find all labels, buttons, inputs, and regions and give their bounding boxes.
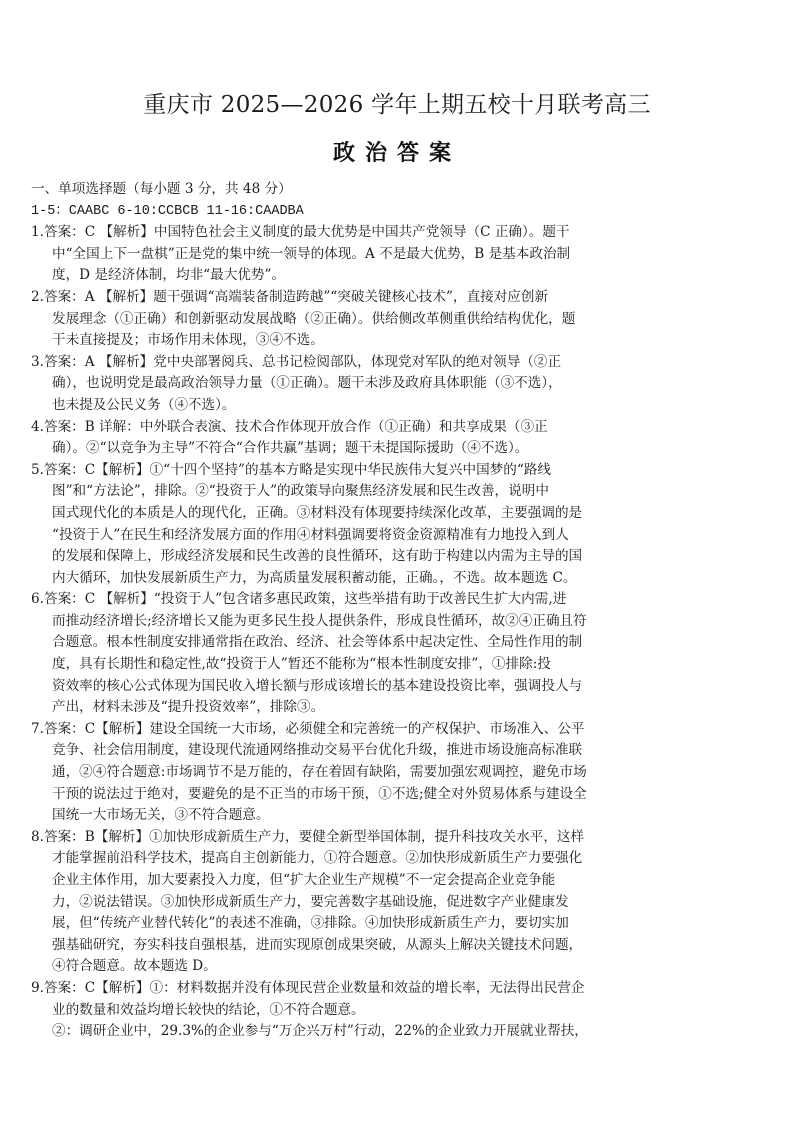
- answer-body: 一、单项选择题（每小题 3 分，共 48 分） 1-5：CAABC 6-10:C…: [31, 179, 731, 1043]
- answer-item-3: 3.答案：A 【解析】党中央部署阅兵、总书记检阅部队，体现党对军队的绝对领导（②…: [31, 352, 731, 417]
- answer-line: 的发展和保障上，形成经济发展和民生改善的良性循环，这有助于构建以内需为主导的国: [31, 546, 731, 568]
- answer-line: 2.答案：A 【解析】题干强调“高端装备制造跨越”“突破关键核心技术”，直接对应…: [31, 287, 731, 309]
- answer-line: 内大循环，加快发展新质生产力，为高质量发展积蓄动能，正确。，不选。故本题选 C。: [31, 568, 731, 590]
- answer-line: 中“全国上下一盘棋”正是党的集中统一领导的体现。A 不是最大优势，B 是基本政治…: [31, 244, 731, 266]
- answer-line: 展，但“传统产业替代转化”的表述不准确，③排除。④加快形成新质生产力，要切实加: [31, 913, 731, 935]
- answer-line: ②：调研企业中，29.3%的企业参与“万企兴万村”行动，22%的企业致力开展就业…: [31, 1021, 731, 1043]
- answer-line: 9.答案：C【解析】①：材料数据并没有体现民营企业数量和效益的增长率，无法得出民…: [31, 978, 731, 1000]
- answer-line: 确），也说明党是最高政治领导力量（①正确）。题干未涉及政府具体职能（③不选），: [31, 373, 731, 395]
- answer-line: 通，②④符合题意:市场调节不是万能的，存在着固有缺陷，需要加强宏观调控，避免市场: [31, 762, 731, 784]
- answer-line: “投资于人”在民生和经济发展方面的作用④材料强调要将资金资源精准有力地投入到人: [31, 525, 731, 547]
- answer-line: 力，②说法错误。③加快形成新质生产力，要完善数字基础设施，促进数字产业健康发: [31, 892, 731, 914]
- answer-item-6: 6.答案：C 【解析】“投资于人”包含诸多惠民政策，这些举措有助于改善民生扩大内…: [31, 589, 731, 719]
- answer-item-9: 9.答案：C【解析】①：材料数据并没有体现民营企业数量和效益的增长率，无法得出民…: [31, 978, 731, 1043]
- answer-line: 才能掌握前沿科学技术，提高自主创新能力，①符合题意。②加快形成新质生产力要强化: [31, 848, 731, 870]
- answer-line: 5.答案：C【解析】①“十四个坚持”的基本方略是实现中华民族伟大复兴中国梦的“路…: [31, 460, 731, 482]
- answer-line: 强基础研究，夯实科技自强根基，进而实现原创成果突破，从源头上解决关键技术问题，: [31, 935, 731, 957]
- answer-line: 4.答案：B 详解：中外联合表演、技术合作体现开放合作（①正确）和共享成果（③正: [31, 417, 731, 439]
- answer-list: 1.答案：C 【解析】中国特色社会主义制度的最大优势是中国共产党领导（C 正确）…: [31, 222, 731, 1043]
- answer-line: 产出，材料未涉及“提升投资效率”，排除③。: [31, 697, 731, 719]
- answer-line: 业的数量和效益均增长较快的结论，①不符合题意。: [31, 1000, 731, 1022]
- answer-item-1: 1.答案：C 【解析】中国特色社会主义制度的最大优势是中国共产党领导（C 正确）…: [31, 222, 731, 287]
- answer-line: 也未提及公民义务（④不选）。: [31, 395, 731, 417]
- section-heading: 一、单项选择题（每小题 3 分，共 48 分）: [31, 179, 731, 201]
- answer-line: 7.答案：C【解析】建设全国统一大市场，必须健全和完善统一的产权保护、市场准入、…: [31, 719, 731, 741]
- answer-line: 3.答案：A 【解析】党中央部署阅兵、总书记检阅部队，体现党对军队的绝对领导（②…: [31, 352, 731, 374]
- answer-line: 8.答案：B【解析】①加快形成新质生产力，要健全新型举国体制，提升科技攻关水平，…: [31, 827, 731, 849]
- answer-item-4: 4.答案：B 详解：中外联合表演、技术合作体现开放合作（①正确）和共享成果（③正…: [31, 417, 731, 460]
- answer-line: 国式现代化的本质是人的现代化，正确。③材料没有体现要持续深化改革，主要强调的是: [31, 503, 731, 525]
- answer-line: 干未直接提及；市场作用未体现，③④不选。: [31, 330, 731, 352]
- answer-line: 国统一大市场无关，③不符合题意。: [31, 805, 731, 827]
- answer-line: 发展理念（①正确）和创新驱动发展战略（②正确）。供给侧改革侧重供给结构优化，题: [31, 309, 731, 331]
- answer-item-7: 7.答案：C【解析】建设全国统一大市场，必须健全和完善统一的产权保护、市场准入、…: [31, 719, 731, 827]
- subject-title: 政治答案: [0, 136, 794, 167]
- answer-line: 干预的说法过于绝对，要避免的是不正当的市场干预，①不选;健全对外贸易体系与建设全: [31, 784, 731, 806]
- answer-line: 企业主体作用，加大要素投入力度，但“扩大企业生产规模”不一定会提高企业竞争能: [31, 870, 731, 892]
- answer-line: 竞争、社会信用制度，建设现代流通网络推动交易平台优化升级，推进市场设施高标准联: [31, 740, 731, 762]
- answer-item-8: 8.答案：B【解析】①加快形成新质生产力，要健全新型举国体制，提升科技攻关水平，…: [31, 827, 731, 978]
- answer-line: 6.答案：C 【解析】“投资于人”包含诸多惠民政策，这些举措有助于改善民生扩大内…: [31, 589, 731, 611]
- answer-line: 度，具有长期性和稳定性,故“投资于人”暂还不能称为“根本性制度安排”，①排除:投: [31, 654, 731, 676]
- answer-line: 资效率的核心公式体现为国民收入增长额与形成该增长的基本建设投资比率，强调投人与: [31, 676, 731, 698]
- exam-title: 重庆市 2025—2026 学年上期五校十月联考高三: [0, 86, 794, 119]
- answer-line: 而推动经济增长;经济增长又能为更多民生投人提供条件，形成良性循环，故②④正确且符: [31, 611, 731, 633]
- document-page: 重庆市 2025—2026 学年上期五校十月联考高三 政治答案 一、单项选择题（…: [0, 0, 794, 1123]
- answer-line: 确）。②“以竞争为主导”不符合“合作共赢”基调；题干未提国际援助（④不选）。: [31, 438, 731, 460]
- answer-line: 度，D 是经济体制，均非“最大优势”。: [31, 265, 731, 287]
- answer-item-5: 5.答案：C【解析】①“十四个坚持”的基本方略是实现中华民族伟大复兴中国梦的“路…: [31, 460, 731, 590]
- answer-line: ④符合题意。故本题选 D。: [31, 956, 731, 978]
- answer-item-2: 2.答案：A 【解析】题干强调“高端装备制造跨越”“突破关键核心技术”，直接对应…: [31, 287, 731, 352]
- answer-key: 1-5：CAABC 6-10:CCBCB 11-16:CAADBA: [31, 201, 731, 223]
- answer-line: 1.答案：C 【解析】中国特色社会主义制度的最大优势是中国共产党领导（C 正确）…: [31, 222, 731, 244]
- answer-line: 合题意。根本性制度安排通常指在政治、经济、社会等体系中起决定性、全局性作用的制: [31, 632, 731, 654]
- answer-line: 图”和“方法论”，排除。②“投资于人”的政策导向聚焦经济发展和民生改善，说明中: [31, 481, 731, 503]
